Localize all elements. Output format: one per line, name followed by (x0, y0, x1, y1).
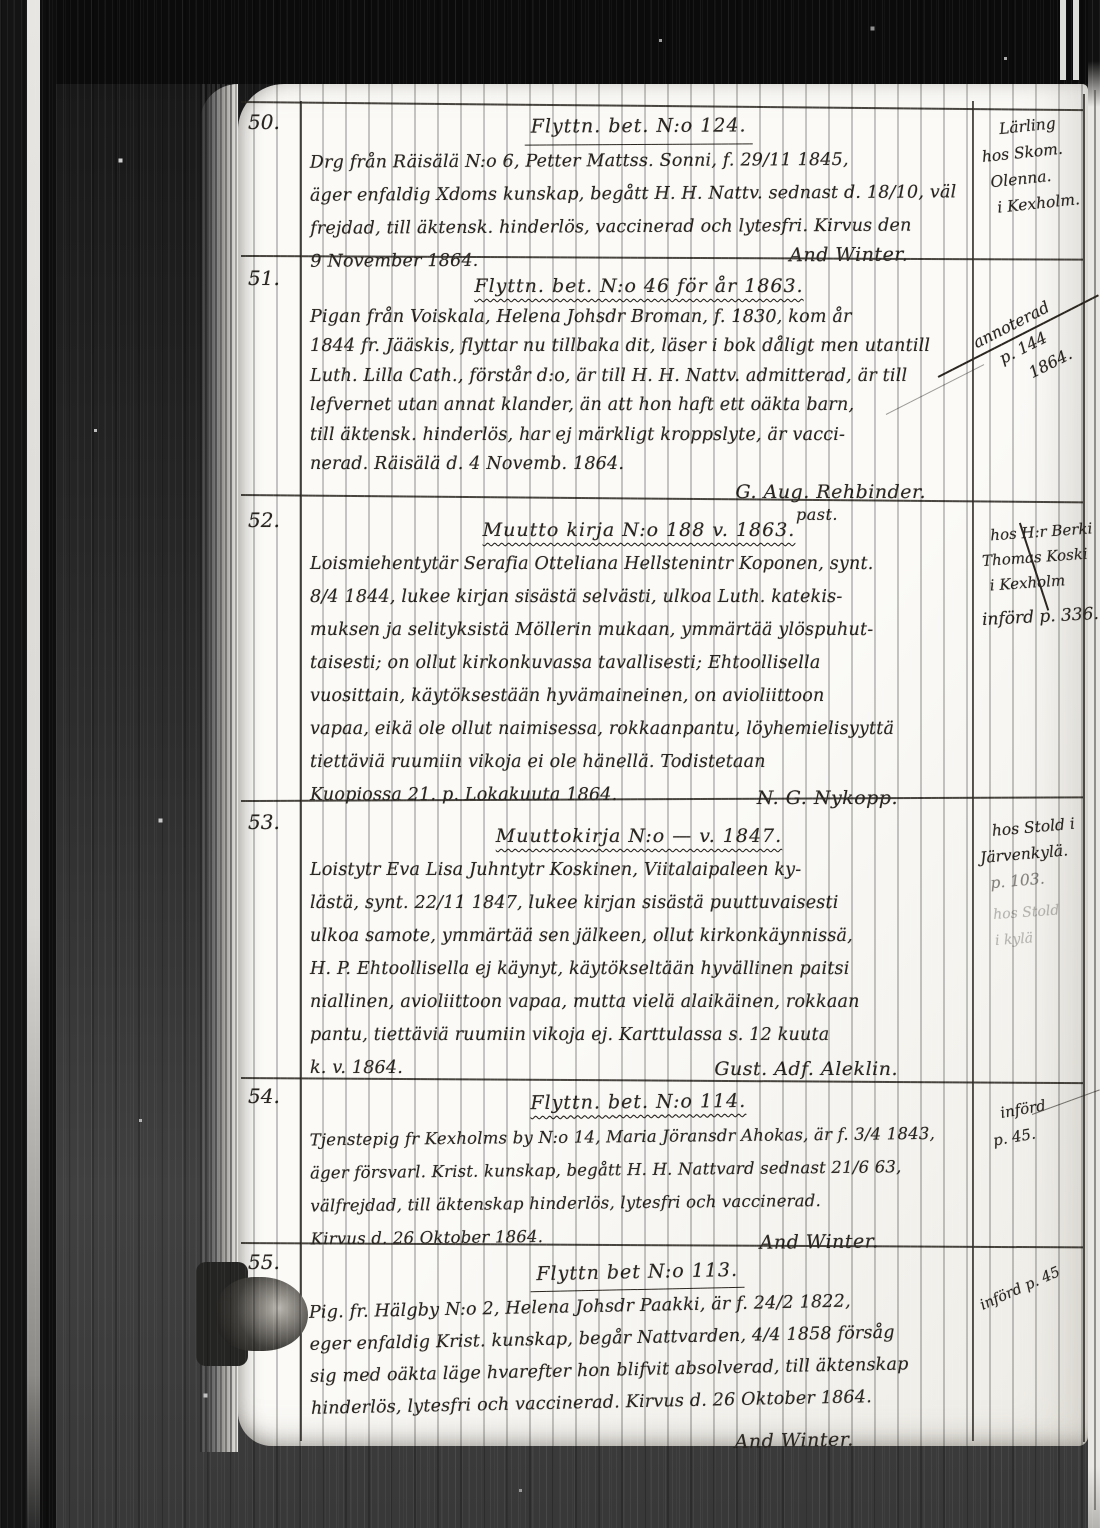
entry-number: 54. (248, 1084, 300, 1108)
entry-number: 55. (248, 1250, 300, 1274)
page-right-edge-line (1083, 94, 1085, 1442)
entry-number: 53. (248, 810, 300, 834)
record-text-line: äger försvarl. Krist. kunskap, begått H.… (310, 1150, 968, 1190)
record-text-line: H. P. Ehtoollisella ej käynyt, käytöksel… (310, 953, 968, 986)
record-text-line: äger enfaldig Xdoms kunskap, begått H. H… (310, 176, 968, 212)
number-column-divider (300, 101, 302, 1441)
page-edge-stack (200, 84, 238, 1452)
register-page: 50. Flyttn. bet. N:o 124. Drg från Räisä… (238, 84, 1088, 1446)
record-text-line: taisesti; on ollut kirkonkuvassa tavalli… (310, 647, 968, 680)
record-text-line: Drg från Räisälä N:o 6, Petter Mattss. S… (310, 143, 968, 179)
entry-52: Muutto kirja N:o 188 v. 1863. Loismiehen… (310, 514, 968, 812)
record-text-line: vuosittain, käytöksestään hyvämaineinen,… (310, 680, 968, 713)
record-text-line: nerad. Räisälä d. 4 Novemb. 1864. (310, 450, 968, 480)
margin-annotation: annoterad p. 144 1864. (969, 280, 1100, 402)
record-text-line: till äktensk. hinderlös, har ej märkligt… (310, 421, 968, 451)
scan-left-dark-strip (40, 0, 56, 1528)
margin-line: införd p. 45 (976, 1248, 1092, 1319)
record-text-line: Loistytr Eva Lisa Juhntytr Koskinen, Vii… (310, 854, 968, 887)
margin-column-divider (972, 101, 974, 1441)
margin-annotation-faint: hos Stold i kylä (992, 894, 1100, 954)
scan-left-white-strip (27, 0, 40, 1528)
signature: N. G. Nykopp. (757, 782, 898, 815)
record-text-line: 1844 fr. Jääskis, flyttar nu tillbaka di… (310, 332, 968, 362)
scan-root: { "entries": [ { "number": "50.", "heade… (0, 0, 1100, 1528)
margin-line: införd p. 336. (981, 601, 1097, 633)
record-text-line: 8/4 1844, lukee kirjan sisästä selvästi,… (310, 581, 968, 614)
top-band-notch (1060, 0, 1066, 80)
entry-51: Flyttn. bet. N:o 46 för år 1863. Pigan f… (310, 272, 968, 525)
entry-55: Flyttn bet N:o 113. Pig. fr. Hälgby N:o … (308, 1249, 970, 1467)
record-header: Muuttokirja N:o — v. 1847. (490, 820, 788, 854)
margin-annotation: hos Stold i Järvenkylä. p. 103. (977, 809, 1098, 897)
scan-left-black-strip (0, 0, 27, 1528)
record-text-line: Luth. Lilla Cath., förstår d:o, är till … (310, 362, 968, 392)
record-header: Flyttn. bet. N:o 124. (525, 109, 753, 145)
record-text-line: tiettäviä ruumiin vikoja ei ole hänellä.… (310, 746, 968, 779)
record-header: Flyttn. bet. N:o 114. (524, 1085, 752, 1121)
entry-number: 50. (248, 110, 300, 134)
record-text-line: ulkoa samote, ymmärtää sen jälkeen, ollu… (310, 920, 968, 953)
entry-50: Flyttn. bet. N:o 124. Drg från Räisälä N… (310, 108, 969, 278)
record-header: Flyttn. bet. N:o 46 för år 1863. (468, 272, 809, 303)
margin-annotation: införd p. 336. (981, 601, 1097, 633)
entry-number: 51. (248, 266, 300, 290)
finger-shadow (216, 1277, 308, 1351)
signature: Gust. Adf. Aleklin. (714, 1053, 898, 1086)
record-header: Flyttn bet N:o 113. (530, 1254, 744, 1292)
record-text-line: lästä, synt. 22/11 1847, lukee kirjan si… (310, 887, 968, 920)
record-text-line: pantu, tiettäviä ruumiin vikoja ej. Kart… (310, 1019, 968, 1052)
top-band-notch (1073, 0, 1079, 80)
record-text-line: Pigan från Voiskala, Helena Johsdr Broma… (310, 303, 968, 333)
entry-53: Muuttokirja N:o — v. 1847. Loistytr Eva … (310, 820, 968, 1085)
record-text-line: vapaa, eikä ole ollut naimisessa, rokkaa… (310, 713, 968, 746)
record-header: Muutto kirja N:o 188 v. 1863. (477, 514, 802, 548)
record-text-line: niallinen, avioliittoon vapaa, mutta vie… (310, 986, 968, 1019)
record-text-line: Loismiehentytär Serafia Otteliana Hellst… (310, 548, 968, 581)
entry-54: Flyttn. bet. N:o 114. Tjenstepig fr Kexh… (309, 1083, 969, 1256)
record-text-line: muksen ja selityksistä Möllerin mukaan, … (310, 614, 968, 647)
margin-annotation: införd p. 45 (976, 1248, 1092, 1319)
entry-number: 52. (248, 508, 300, 532)
signature: G. Aug. Rehbinder. (310, 480, 968, 504)
scanner-bed-top-band (0, 0, 1100, 84)
record-text-line: lefvernet utan annat klander, än att hon… (310, 391, 968, 421)
dust-specks (0, 0, 1, 1)
neighbor-page-edge-line (1094, 90, 1096, 1510)
signature: And Winter. (312, 1421, 971, 1467)
signature: And Winter. (789, 239, 908, 273)
margin-annotation: Lärling hos Skom. Olenna. i Kexholm. (978, 106, 1100, 221)
